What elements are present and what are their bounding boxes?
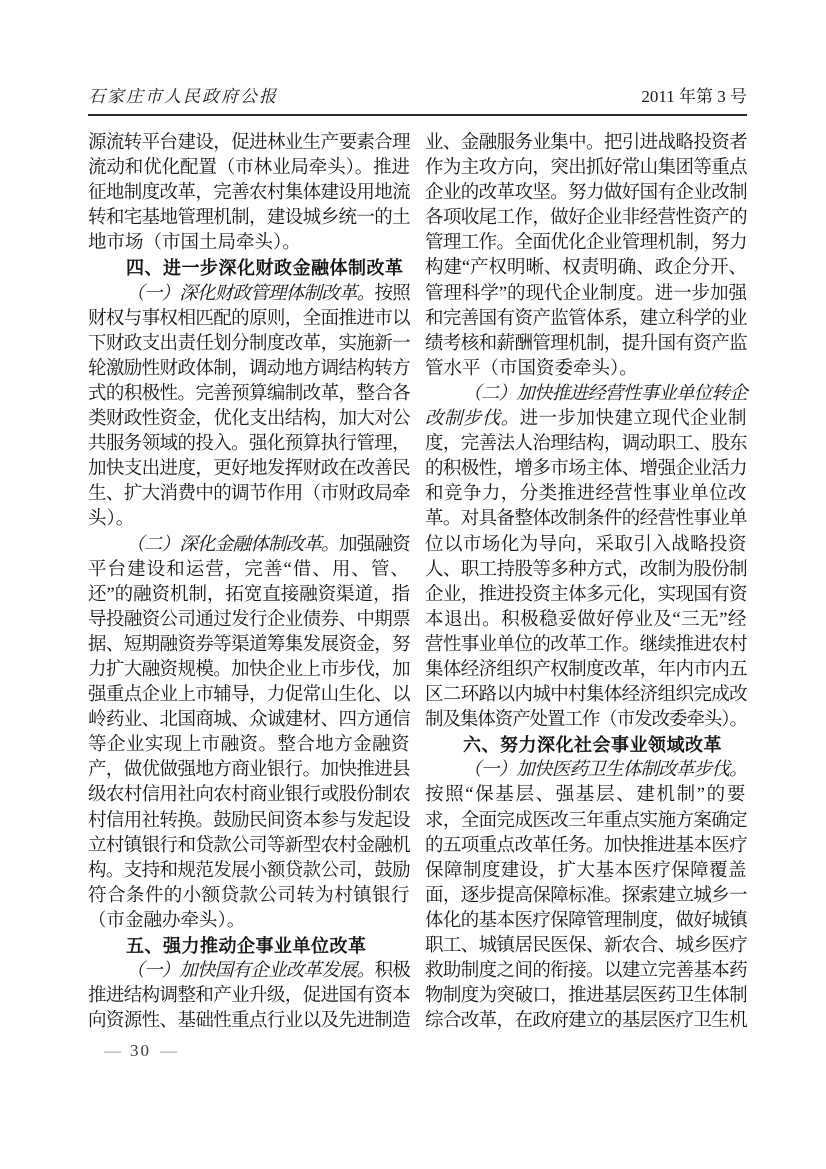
text-line: 业、金融服务业集中。把引进战略投资者	[425, 131, 747, 156]
text-line: 革。对具备整体改制条件的经营性事业单	[425, 507, 747, 532]
body-text: 向资源性、基础性重点行业以及先进制造	[88, 1011, 410, 1031]
line-text: 下财政支出责任划分制度改革，实施新一	[88, 334, 410, 354]
line-text: 面，逐步提高保障标准。探索建立城乡一	[425, 886, 747, 906]
page-number: 30	[130, 1041, 151, 1061]
text-line: 营性事业单位的改革工作。继续推进农村	[425, 633, 747, 658]
line-text: 构建“产权明晰、权责明确、政企分开、	[425, 258, 747, 278]
body-text: 符合条件的小额贷款公司转为村镇银行	[88, 886, 410, 906]
text-line: 的五项重点改革任务。加快推进基本医疗	[425, 834, 747, 859]
body-text: 力扩大融资规模。加快企业上市步伐，加	[88, 660, 410, 680]
publication-title: 石家庄市人民政府公报	[88, 82, 278, 107]
line-text: （市金融办牵头）。	[88, 911, 245, 931]
text-line: 征地制度改革，完善农村集体建设用地流	[88, 181, 410, 206]
line-text: 绩考核和薪酬管理机制，提升国有资产监	[425, 334, 747, 354]
body-text: 岭药业、北国商城、众诚建材、四方通信	[88, 710, 410, 730]
line-text: 流动和优化配置（市林业局牵头）。推进	[88, 158, 410, 178]
text-line: 面，逐步提高保障标准。探索建立城乡一	[425, 884, 747, 909]
text-line: 加快支出进度，更好地发挥财政在改善民	[88, 457, 410, 482]
text-line: 综合改革，在政府建立的基层医疗卫生机	[425, 1009, 747, 1034]
body-text: 管理科学”的现代企业制度。进一步加强	[425, 284, 747, 304]
text-line: 共服务领域的投入。强化预算执行管理，	[88, 432, 410, 457]
text-line: 管理工作。全面优化企业管理机制，努力	[425, 231, 747, 256]
line-text: 革。对具备整体改制条件的经营性事业单	[425, 509, 747, 529]
body-text: 的积极性，增多市场主体、增强企业活力	[425, 459, 747, 479]
line-text: 符合条件的小额贷款公司转为村镇银行	[88, 886, 410, 906]
line-text: 头）。	[88, 509, 134, 529]
line-text: 导投融资公司通过发行企业债券、中期票	[88, 610, 410, 630]
text-line: 导投融资公司通过发行企业债券、中期票	[88, 608, 410, 633]
body-text: 等企业实现上市融资。整合地方金融资	[88, 735, 410, 755]
text-line: 改制步伐。进一步加快建立现代企业制	[425, 407, 747, 432]
body-text: 面，逐步提高保障标准。探索建立城乡一	[425, 886, 747, 906]
section-heading: 四、进一步深化财政金融体制改革	[88, 256, 410, 281]
line-text: 的五项重点改革任务。加快推进基本医疗	[425, 836, 747, 856]
line-text: 财权与事权相匹配的原则，全面推进市以	[88, 309, 410, 329]
body-text: 征地制度改革，完善农村集体建设用地流	[88, 183, 410, 203]
text-line: 产，做优做强地方商业银行。加快推进县	[88, 758, 410, 783]
line-text: 构。支持和规范发展小额贷款公司，鼓励	[88, 861, 410, 881]
text-line: 集体经济组织产权制度改革，年内市内五	[425, 658, 747, 683]
body-text: 和完善国有资产监管体系，建立科学的业	[425, 309, 747, 329]
body-text: 轮激励性财政体制，调动地方调结构转方	[88, 359, 410, 379]
body-text: 五、强力推动企事业单位改革	[126, 936, 367, 956]
issue-number: 2011 年第 3 号	[641, 82, 747, 107]
body-text: 地市场（市国土局牵头）。	[88, 233, 301, 253]
line-text: 据、短期融资券等渠道筹集发展资金，努	[88, 635, 410, 655]
text-line: （一）加快国有企业改革发展。积极	[88, 959, 410, 984]
text-line: 头）。	[88, 507, 410, 532]
line-text: 综合改革，在政府建立的基层医疗卫生机	[425, 1011, 747, 1031]
line-text: 求，全面完成医改三年重点实施方案确定	[425, 811, 747, 831]
page-footer: — 30 —	[104, 1041, 177, 1061]
text-line: 据、短期融资券等渠道筹集发展资金，努	[88, 633, 410, 658]
text-line: 区二环路以内城中村集体经济组织完成改	[425, 683, 747, 708]
line-text: 共服务领域的投入。强化预算执行管理，	[88, 434, 410, 454]
body-text: 区二环路以内城中村集体经济组织完成改	[425, 685, 747, 705]
text-line: 轮激励性财政体制，调动地方调结构转方	[88, 357, 410, 382]
text-line: 管水平（市国资委牵头）。	[425, 357, 747, 382]
body-text: 综合改革，在政府建立的基层医疗卫生机	[425, 1011, 747, 1031]
line-text: 推进结构调整和产业升级，促进国有资本	[88, 986, 410, 1006]
line-text: 和完善国有资产监管体系，建立科学的业	[425, 309, 747, 329]
body-text: 立村镇银行和贷款公司等新型农村金融机	[88, 836, 410, 856]
body-text: 制及集体资产处置工作（市发改委牵头）。	[425, 710, 747, 730]
text-line: 构建“产权明晰、权责明确、政企分开、	[425, 256, 747, 281]
text-line: 和竞争力，分类推进经营性事业单位改	[425, 482, 747, 507]
section-heading: 六、努力深化社会事业领域改革	[425, 733, 747, 758]
document-body: 源流转平台建设，促进林业生产要素合理流动和优化配置（市林业局牵头）。推进征地制度…	[88, 131, 747, 1034]
line-text: 人、职工持股等多种方式，改制为股份制	[425, 560, 747, 580]
line-text: 五、强力推动企事业单位改革	[126, 936, 367, 956]
section-heading: 五、强力推动企事业单位改革	[88, 934, 410, 959]
line-text: 和竞争力，分类推进经营性事业单位改	[425, 484, 747, 504]
text-line: （一）加快医药卫生体制改革步伐。	[425, 758, 747, 783]
line-text: 生、扩大消费中的调节作用（市财政局牵	[88, 484, 410, 504]
body-text: 级农村信用社向农村商业银行或股份制农	[88, 785, 410, 805]
line-text: 职工、城镇居民医保、新农合、城乡医疗	[425, 936, 747, 956]
body-text: 头）。	[88, 509, 134, 529]
line-text: 等企业实现上市融资。整合地方金融资	[88, 735, 410, 755]
text-line: 物制度为突破口，推进基层医药卫生体制	[425, 984, 747, 1009]
body-text: 积极	[375, 961, 411, 981]
line-text: 地市场（市国土局牵头）。	[88, 233, 301, 253]
text-line: 企业的改革攻坚。努力做好国有企业改制	[425, 181, 747, 206]
body-text: 平台建设和运营，完善“借、用、管、	[88, 560, 410, 580]
text-line: 源流转平台建设，促进林业生产要素合理	[88, 131, 410, 156]
line-text: 企业，推进投资主体多元化，实现国有资	[425, 585, 747, 605]
line-text: 强重点企业上市辅导，力促常山生化、以	[88, 685, 410, 705]
text-line: 还”的融资机制，拓宽直接融资渠道，指	[88, 583, 410, 608]
text-line: 构。支持和规范发展小额贷款公司，鼓励	[88, 859, 410, 884]
footer-dash-right: —	[160, 1041, 177, 1061]
line-text: 保障制度建设，扩大基本医疗保障覆盖	[425, 861, 747, 881]
line-text: 平台建设和运营，完善“借、用、管、	[88, 560, 410, 580]
line-text: （一）深化财政管理体制改革。按照	[126, 284, 410, 304]
body-text: 救助制度之间的衔接。以建立完善基本药	[425, 961, 747, 981]
body-text: 保障制度建设，扩大基本医疗保障覆盖	[425, 861, 747, 881]
text-line: 体化的基本医疗保障管理制度，做好城镇	[425, 909, 747, 934]
body-text: 按照“保基层、强基层、建机制”的要	[425, 785, 747, 805]
line-text: 产，做优做强地方商业银行。加快推进县	[88, 760, 410, 780]
line-text: 式的积极性。完善预算编制改革，整合各	[88, 384, 410, 404]
body-text: 四、进一步深化财政金融体制改革	[126, 258, 404, 278]
text-line: 转和宅基地管理机制，建设城乡统一的土	[88, 206, 410, 231]
body-text: 进一步加快建立现代企业制	[520, 409, 747, 429]
text-line: 力扩大融资规模。加快企业上市步伐，加	[88, 658, 410, 683]
text-line: 人、职工持股等多种方式，改制为股份制	[425, 558, 747, 583]
body-text: 管理工作。全面优化企业管理机制，努力	[425, 233, 747, 253]
body-text: 据、短期融资券等渠道筹集发展资金，努	[88, 635, 410, 655]
text-line: （一）深化财政管理体制改革。按照	[88, 282, 410, 307]
line-text: 管水平（市国资委牵头）。	[425, 359, 638, 379]
kaiti-text: （一）加快医药卫生体制改革步伐。	[463, 760, 747, 780]
body-text: 企业的改革攻坚。努力做好国有企业改制	[425, 183, 747, 203]
line-text: 还”的融资机制，拓宽直接融资渠道，指	[88, 585, 410, 605]
body-text: 推进结构调整和产业升级，促进国有资本	[88, 986, 410, 1006]
text-line: 职工、城镇居民医保、新农合、城乡医疗	[425, 934, 747, 959]
text-line: 保障制度建设，扩大基本医疗保障覆盖	[425, 859, 747, 884]
line-text: 业、金融服务业集中。把引进战略投资者	[425, 133, 747, 153]
text-line: 生、扩大消费中的调节作用（市财政局牵	[88, 482, 410, 507]
body-text: 还”的融资机制，拓宽直接融资渠道，指	[88, 585, 410, 605]
line-text: 立村镇银行和贷款公司等新型农村金融机	[88, 836, 410, 856]
body-text: （市金融办牵头）。	[88, 911, 245, 931]
text-line: 和完善国有资产监管体系，建立科学的业	[425, 307, 747, 332]
text-line: 绩考核和薪酬管理机制，提升国有资产监	[425, 332, 747, 357]
text-line: 救助制度之间的衔接。以建立完善基本药	[425, 959, 747, 984]
text-line: 下财政支出责任划分制度改革，实施新一	[88, 332, 410, 357]
text-line: 企业，推进投资主体多元化，实现国有资	[425, 583, 747, 608]
line-text: 加快支出进度，更好地发挥财政在改善民	[88, 459, 410, 479]
body-text: 集体经济组织产权制度改革，年内市内五	[425, 660, 747, 680]
body-text: 下财政支出责任划分制度改革，实施新一	[88, 334, 410, 354]
body-text: 按照	[375, 284, 411, 304]
text-line: （二）加快推进经营性事业单位转企	[425, 382, 747, 407]
line-text: 位以市场化为导向，采取引入战略投资	[425, 535, 747, 555]
body-text: 导投融资公司通过发行企业债券、中期票	[88, 610, 410, 630]
line-text: （二）深化金融体制改革。加强融资	[126, 535, 410, 555]
text-line: 平台建设和运营，完善“借、用、管、	[88, 558, 410, 583]
text-line: 的积极性，增多市场主体、增强企业活力	[425, 457, 747, 482]
line-text: 力扩大融资规模。加快企业上市步伐，加	[88, 660, 410, 680]
line-text: （二）加快推进经营性事业单位转企	[463, 384, 747, 404]
kaiti-text: 改制步伐。	[425, 409, 520, 429]
text-line: 地市场（市国土局牵头）。	[88, 231, 410, 256]
text-line: 制及集体资产处置工作（市发改委牵头）。	[425, 708, 747, 733]
kaiti-text: （一）加快国有企业改革发展。	[126, 961, 375, 981]
body-text: 构。支持和规范发展小额贷款公司，鼓励	[88, 861, 410, 881]
body-text: 村信用社转换。鼓励民间资本参与发起设	[88, 811, 410, 831]
body-text: 类财政性资金，优化支出结构，加大对公	[88, 409, 410, 429]
line-text: 向资源性、基础性重点行业以及先进制造	[88, 1011, 410, 1031]
body-text: 强重点企业上市辅导，力促常山生化、以	[88, 685, 410, 705]
page: 石家庄市人民政府公报 2011 年第 3 号 源流转平台建设，促进林业生产要素合…	[0, 0, 826, 1169]
body-text: 职工、城镇居民医保、新农合、城乡医疗	[425, 936, 747, 956]
line-text: 级农村信用社向农村商业银行或股份制农	[88, 785, 410, 805]
line-text: 改制步伐。进一步加快建立现代企业制	[425, 409, 747, 429]
text-line: 强重点企业上市辅导，力促常山生化、以	[88, 683, 410, 708]
body-text: 管水平（市国资委牵头）。	[425, 359, 638, 379]
body-text: 革。对具备整体改制条件的经营性事业单	[425, 509, 747, 529]
line-text: 救助制度之间的衔接。以建立完善基本药	[425, 961, 747, 981]
body-text: 度，完善法人治理结构，调动职工、股东	[425, 434, 747, 454]
body-text: 企业，推进投资主体多元化，实现国有资	[425, 585, 747, 605]
line-text: 岭药业、北国商城、众诚建材、四方通信	[88, 710, 410, 730]
footer-dash-left: —	[104, 1041, 121, 1061]
body-text: 体化的基本医疗保障管理制度，做好城镇	[425, 911, 747, 931]
line-text: 各项收尾工作，做好企业非经营性资产的	[425, 208, 747, 228]
text-line: 村信用社转换。鼓励民间资本参与发起设	[88, 809, 410, 834]
text-line: 流动和优化配置（市林业局牵头）。推进	[88, 156, 410, 181]
line-text: （一）加快医药卫生体制改革步伐。	[463, 760, 747, 780]
line-text: 企业的改革攻坚。努力做好国有企业改制	[425, 183, 747, 203]
text-line: 符合条件的小额贷款公司转为村镇银行	[88, 884, 410, 909]
text-line: 推进结构调整和产业升级，促进国有资本	[88, 984, 410, 1009]
body-text: 营性事业单位的改革工作。继续推进农村	[425, 635, 747, 655]
body-text: 业、金融服务业集中。把引进战略投资者	[425, 133, 747, 153]
body-text: 本退出。积极稳妥做好停业及“三无”经	[425, 610, 747, 630]
body-text: 的五项重点改革任务。加快推进基本医疗	[425, 836, 747, 856]
kaiti-text: （二）深化金融体制改革。	[126, 535, 339, 555]
line-text: 村信用社转换。鼓励民间资本参与发起设	[88, 811, 410, 831]
body-text: 物制度为突破口，推进基层医药卫生体制	[425, 986, 747, 1006]
text-line: 管理科学”的现代企业制度。进一步加强	[425, 282, 747, 307]
body-text: 共服务领域的投入。强化预算执行管理，	[88, 434, 410, 454]
line-text: 管理工作。全面优化企业管理机制，努力	[425, 233, 747, 253]
line-text: 的积极性，增多市场主体、增强企业活力	[425, 459, 747, 479]
body-text: 绩考核和薪酬管理机制，提升国有资产监	[425, 334, 747, 354]
line-text: 物制度为突破口，推进基层医药卫生体制	[425, 986, 747, 1006]
line-text: 四、进一步深化财政金融体制改革	[126, 258, 404, 278]
line-text: 按照“保基层、强基层、建机制”的要	[425, 785, 747, 805]
body-text: 财权与事权相匹配的原则，全面推进市以	[88, 309, 410, 329]
body-text: 构建“产权明晰、权责明确、政企分开、	[425, 258, 747, 278]
text-line: 位以市场化为导向，采取引入战略投资	[425, 533, 747, 558]
body-text: 式的积极性。完善预算编制改革，整合各	[88, 384, 410, 404]
body-text: 产，做优做强地方商业银行。加快推进县	[88, 760, 410, 780]
text-line: （二）深化金融体制改革。加强融资	[88, 533, 410, 558]
body-text: 生、扩大消费中的调节作用（市财政局牵	[88, 484, 410, 504]
line-text: 六、努力深化社会事业领域改革	[463, 735, 722, 755]
line-text: 管理科学”的现代企业制度。进一步加强	[425, 284, 747, 304]
body-text: 和竞争力，分类推进经营性事业单位改	[425, 484, 747, 504]
line-text: 体化的基本医疗保障管理制度，做好城镇	[425, 911, 747, 931]
text-line: 类财政性资金，优化支出结构，加大对公	[88, 407, 410, 432]
body-text: 流动和优化配置（市林业局牵头）。推进	[88, 158, 410, 178]
body-text: 转和宅基地管理机制，建设城乡统一的土	[88, 208, 410, 228]
body-text: 六、努力深化社会事业领域改革	[463, 735, 722, 755]
body-text: 各项收尾工作，做好企业非经营性资产的	[425, 208, 747, 228]
body-text: 求，全面完成医改三年重点实施方案确定	[425, 811, 747, 831]
text-line: 等企业实现上市融资。整合地方金融资	[88, 733, 410, 758]
line-text: 转和宅基地管理机制，建设城乡统一的土	[88, 208, 410, 228]
line-text: 轮激励性财政体制，调动地方调结构转方	[88, 359, 410, 379]
line-text: 作为主攻方向，突出抓好常山集团等重点	[425, 158, 747, 178]
text-line: 按照“保基层、强基层、建机制”的要	[425, 783, 747, 808]
body-text: 人、职工持股等多种方式，改制为股份制	[425, 560, 747, 580]
line-text: 度，完善法人治理结构，调动职工、股东	[425, 434, 747, 454]
line-text: 集体经济组织产权制度改革，年内市内五	[425, 660, 747, 680]
line-text: 制及集体资产处置工作（市发改委牵头）。	[425, 710, 747, 730]
body-text: 源流转平台建设，促进林业生产要素合理	[88, 133, 410, 153]
text-line: 级农村信用社向农村商业银行或股份制农	[88, 783, 410, 808]
body-text: 位以市场化为导向，采取引入战略投资	[425, 535, 747, 555]
text-line: 本退出。积极稳妥做好停业及“三无”经	[425, 608, 747, 633]
text-line: 各项收尾工作，做好企业非经营性资产的	[425, 206, 747, 231]
body-text: 加强融资	[339, 535, 410, 555]
text-line: （市金融办牵头）。	[88, 909, 410, 934]
line-text: 源流转平台建设，促进林业生产要素合理	[88, 133, 410, 153]
page-header: 石家庄市人民政府公报 2011 年第 3 号	[88, 82, 747, 116]
kaiti-text: （二）加快推进经营性事业单位转企	[463, 384, 747, 404]
line-text: 征地制度改革，完善农村集体建设用地流	[88, 183, 410, 203]
line-text: 本退出。积极稳妥做好停业及“三无”经	[425, 610, 747, 630]
body-text: 加快支出进度，更好地发挥财政在改善民	[88, 459, 410, 479]
text-line: 式的积极性。完善预算编制改革，整合各	[88, 382, 410, 407]
text-line: 立村镇银行和贷款公司等新型农村金融机	[88, 834, 410, 859]
text-line: 岭药业、北国商城、众诚建材、四方通信	[88, 708, 410, 733]
line-text: 类财政性资金，优化支出结构，加大对公	[88, 409, 410, 429]
body-text: 作为主攻方向，突出抓好常山集团等重点	[425, 158, 747, 178]
text-line: 向资源性、基础性重点行业以及先进制造	[88, 1009, 410, 1034]
column-left: 源流转平台建设，促进林业生产要素合理流动和优化配置（市林业局牵头）。推进征地制度…	[88, 131, 410, 1034]
text-line: 求，全面完成医改三年重点实施方案确定	[425, 809, 747, 834]
kaiti-text: （一）深化财政管理体制改革。	[126, 284, 375, 304]
text-line: 作为主攻方向，突出抓好常山集团等重点	[425, 156, 747, 181]
line-text: （一）加快国有企业改革发展。积极	[126, 961, 410, 981]
line-text: 营性事业单位的改革工作。继续推进农村	[425, 635, 747, 655]
column-right: 业、金融服务业集中。把引进战略投资者作为主攻方向，突出抓好常山集团等重点企业的改…	[425, 131, 747, 1034]
text-line: 财权与事权相匹配的原则，全面推进市以	[88, 307, 410, 332]
text-line: 度，完善法人治理结构，调动职工、股东	[425, 432, 747, 457]
line-text: 区二环路以内城中村集体经济组织完成改	[425, 685, 747, 705]
